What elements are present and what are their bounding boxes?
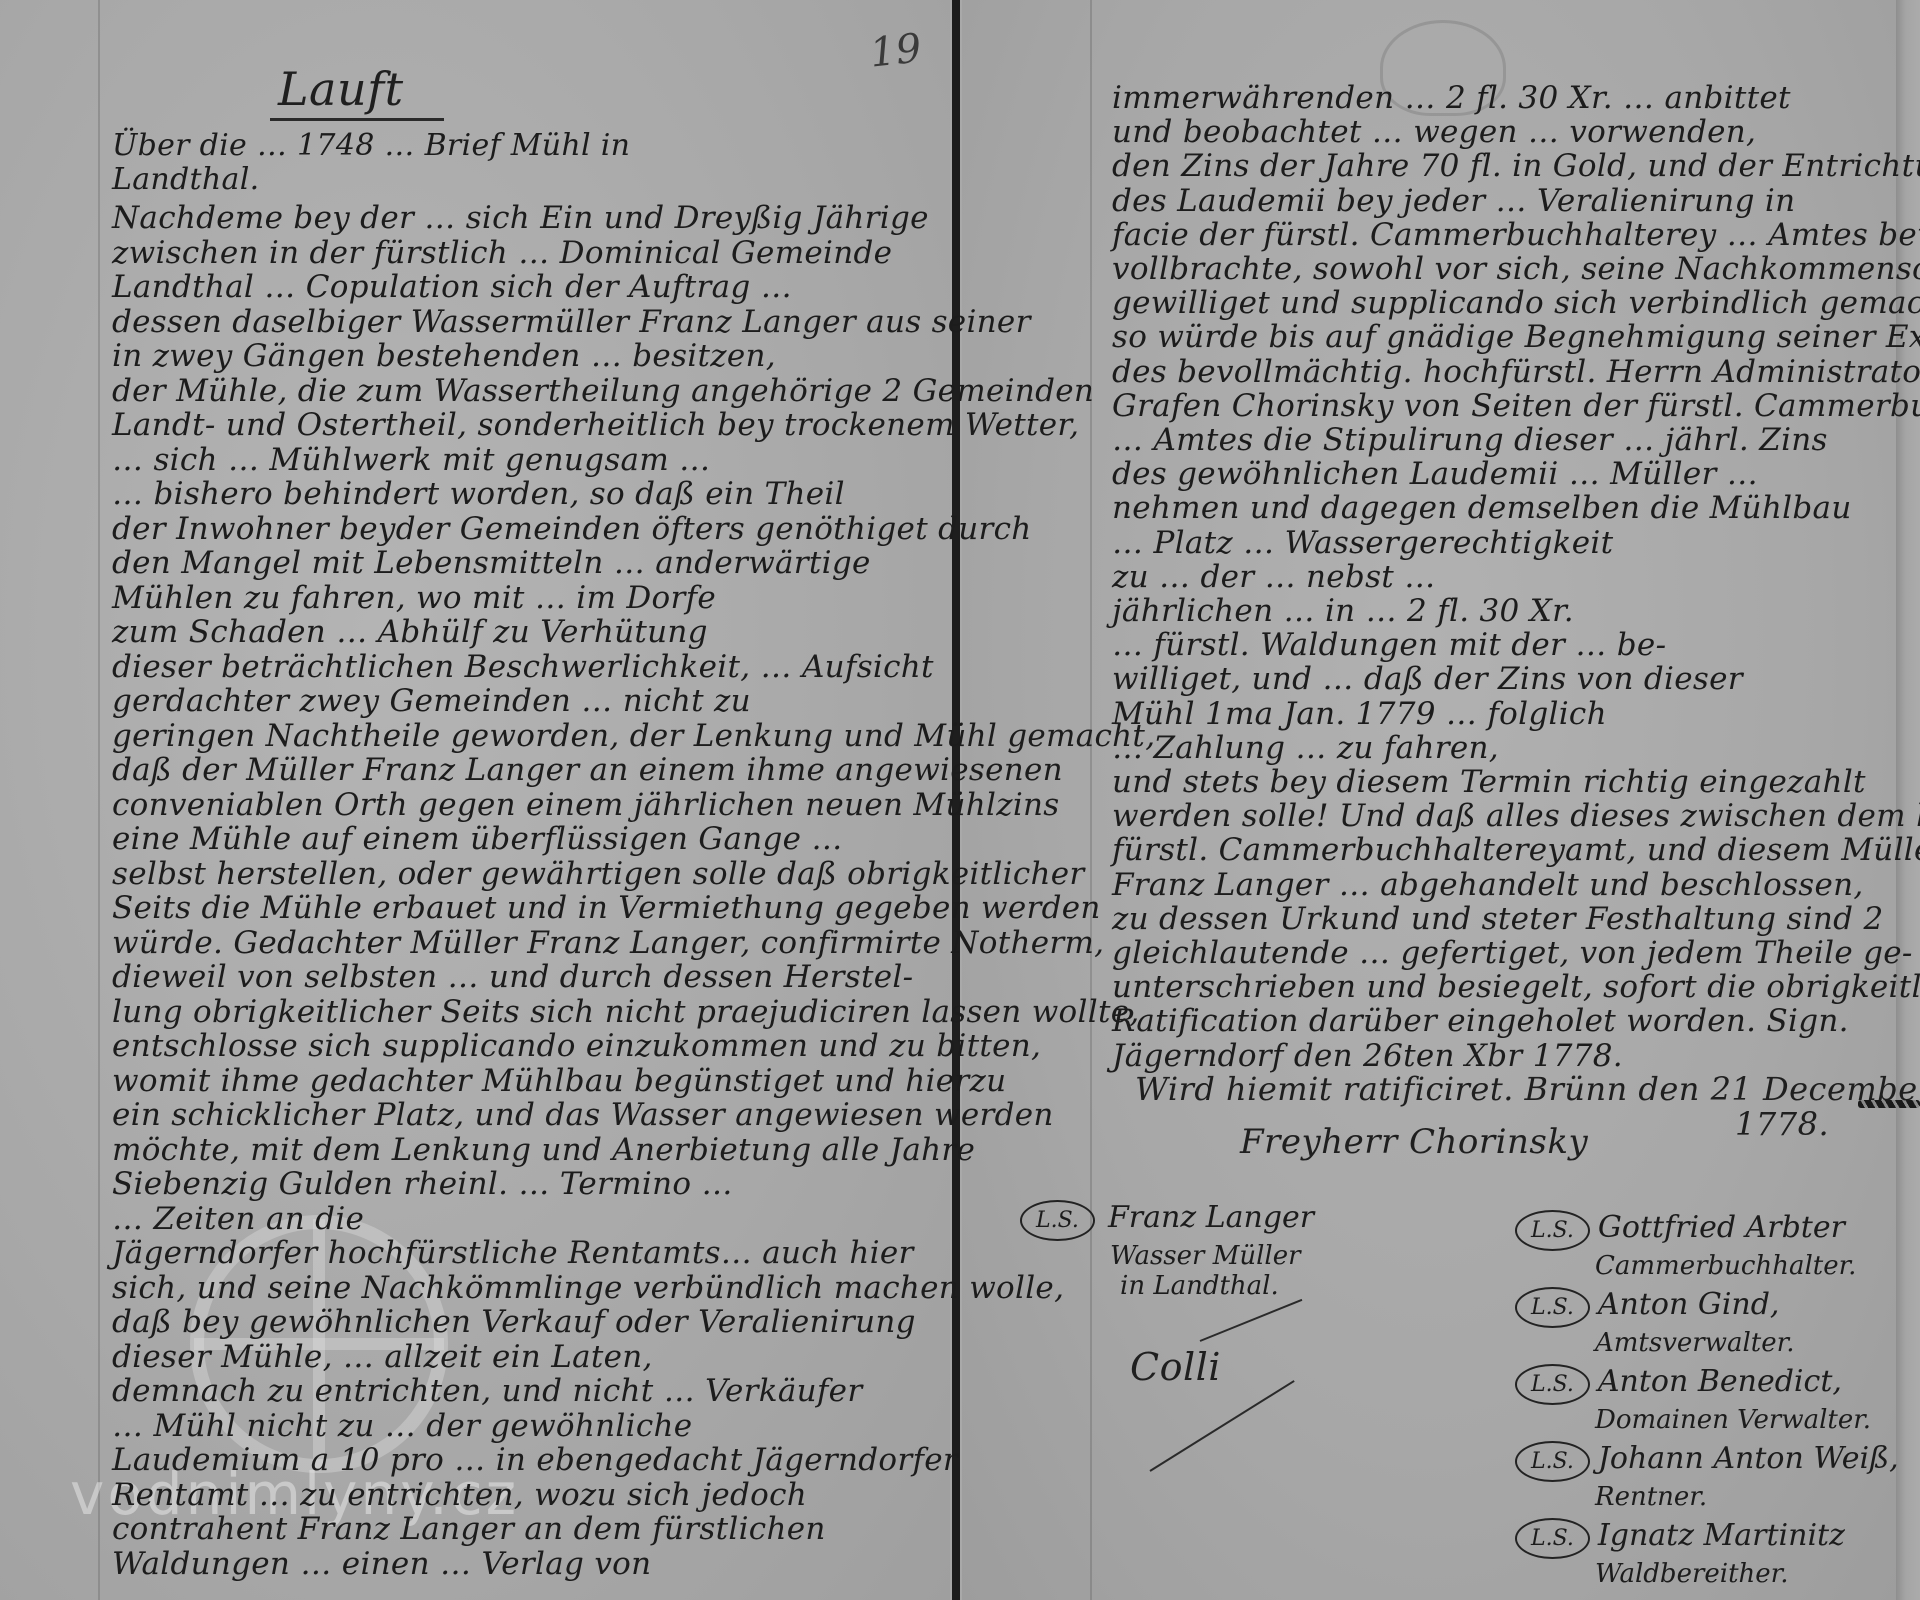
signatory-name: Franz Langer <box>1108 1200 1314 1235</box>
manuscript-line: des Laudemii bey jeder … Veralienirung i… <box>1112 183 1795 219</box>
manuscript-line: Grafen Chorinsky von Seiten der fürstl. … <box>1112 388 1920 424</box>
witness-signature: L.S.Gottfried ArbterCammerbuchhalter. <box>1515 1210 1899 1281</box>
manuscript-line: conveniablen Orth gegen einem jährlichen… <box>112 787 1060 823</box>
seal-mark-icon: L.S. <box>1515 1287 1590 1328</box>
manuscript-line: möchte, mit dem Lenkung und Anerbietung … <box>112 1132 975 1168</box>
seal-mark-icon: L.S. <box>1515 1518 1590 1559</box>
manuscript-line: Landt- und Ostertheil, sonderheitlich be… <box>112 407 1079 443</box>
manuscript-line: jährlichen … in … 2 fl. 30 Xr. <box>1112 593 1574 629</box>
collation-mark: Colli <box>1130 1345 1221 1389</box>
manuscript-line: Landthal … Copulation sich der Auftrag … <box>112 269 792 305</box>
manuscript-line: lung obrigkeitlicher Seits sich nicht pr… <box>112 994 1140 1030</box>
manuscript-line: … Zahlung … zu fahren, <box>1112 730 1499 766</box>
subheading-line: Über die … 1748 … Brief Mühl in <box>112 128 630 163</box>
manuscript-line: Laudemium a 10 pro … in ebengedacht Jäge… <box>112 1442 958 1478</box>
manuscript-line: facie der fürstl. Cammerbuchhalterey … A… <box>1112 217 1920 253</box>
manuscript-line: Siebenzig Gulden rheinl. … Termino … <box>112 1166 733 1202</box>
manuscript-line: … sich … Mühlwerk mit genugsam … <box>112 442 710 478</box>
ratification-line: Wird hiemit ratificiret. Brünn den 21 De… <box>1135 1070 1920 1108</box>
manuscript-line: daß bey gewöhnlichen Verkauf oder Verali… <box>112 1304 916 1340</box>
manuscript-line: Mühl 1ma Jan. 1779 … folglich <box>1112 696 1607 732</box>
manuscript-line: dieser Mühle, … allzeit ein Laten, <box>112 1339 653 1375</box>
manuscript-line: Waldungen … einen … Verlag von <box>112 1546 651 1582</box>
witness-role: Waldbereither. <box>1595 1559 1899 1589</box>
manuscript-line: eine Mühle auf einem überflüssigen Gange… <box>112 821 843 857</box>
manuscript-line: demnach zu entrichten, und nicht … Verkä… <box>112 1373 862 1409</box>
manuscript-line: den Zins der Jahre 70 fl. in Gold, und d… <box>1112 148 1920 184</box>
manuscript-line: … Mühl nicht zu … der gewöhnliche <box>112 1408 692 1444</box>
witness-name: Gottfried Arbter <box>1598 1210 1845 1245</box>
witness-signature: L.S.Anton Benedict,Domainen Verwalter. <box>1515 1364 1899 1435</box>
manuscript-line: gerdachter zwey Gemeinden … nicht zu <box>112 683 751 719</box>
subheading-line: Landthal. <box>112 162 259 197</box>
manuscript-line: … bishero behindert worden, so daß ein T… <box>112 476 845 512</box>
manuscript-line: der Inwohner beyder Gemeinden öfters gen… <box>112 511 1032 547</box>
manuscript-line: williget, und … daß der Zins von dieser <box>1112 661 1743 697</box>
manuscript-line: so würde bis auf gnädige Begnehmigung se… <box>1112 319 1920 355</box>
manuscript-line: ein schicklicher Platz, und das Wasser a… <box>112 1097 1054 1133</box>
manuscript-line: zum Schaden … Abhülf zu Verhütung <box>112 614 708 650</box>
manuscript-line: selbst herstellen, oder gewährtigen soll… <box>112 856 1085 892</box>
witness-signature: L.S.Johann Anton Weiß,Rentner. <box>1515 1441 1899 1512</box>
witness-role: Cammerbuchhalter. <box>1595 1251 1899 1281</box>
witness-name: Anton Benedict, <box>1598 1364 1842 1399</box>
manuscript-line: geringen Nachtheile geworden, der Lenkun… <box>112 718 1155 754</box>
manuscript-line: vollbrachte, sowohl vor sich, seine Nach… <box>1112 251 1920 287</box>
signatory-place: in Landthal. <box>1120 1271 1314 1301</box>
manuscript-line: Jägerndorf den 26ten Xbr 1778. <box>1112 1038 1623 1074</box>
manuscript-line: fürstl. Cammerbuchhaltereyamt, und diese… <box>1112 832 1920 868</box>
witness-role: Amtsverwalter. <box>1595 1328 1899 1358</box>
manuscript-line: Nachdeme bey der … sich Ein und Dreyßig … <box>112 200 929 236</box>
witness-name: Anton Gind, <box>1598 1287 1780 1322</box>
manuscript-line: dessen daselbiger Wassermüller Franz Lan… <box>112 304 1031 340</box>
manuscript-line: daß der Müller Franz Langer an einem ihm… <box>112 752 1063 788</box>
manuscript-line: nehmen und dagegen demselben die Mühlbau <box>1112 490 1852 526</box>
manuscript-line: Rentamt … zu entrichten, wozu sich jedoc… <box>112 1477 807 1513</box>
manuscript-line: … Amtes die Stipulirung dieser … jährl. … <box>1112 422 1828 458</box>
witness-role: Rentner. <box>1595 1482 1899 1512</box>
manuscript-line: würde. Gedachter Müller Franz Langer, co… <box>112 925 1104 961</box>
left-margin-rule <box>98 0 100 1600</box>
manuscript-line: zu … der … nebst … <box>1112 559 1436 595</box>
folio-number: 19 <box>868 25 924 76</box>
manuscript-line: unterschrieben und besiegelt, sofort die… <box>1112 969 1920 1005</box>
manuscript-line: gewilliget und supplicando sich verbindl… <box>1112 285 1920 321</box>
witness-signature: L.S.Ignatz MartinitzWaldbereither. <box>1515 1518 1899 1589</box>
manuscript-line: immerwährenden … 2 fl. 30 Xr. … anbittet <box>1112 80 1791 116</box>
manuscript-line: und stets bey diesem Termin richtig eing… <box>1112 764 1866 800</box>
signatory-role: Wasser Müller <box>1110 1241 1314 1271</box>
manuscript-line: womit ihme gedachter Mühlbau begünstiget… <box>112 1063 1006 1099</box>
manuscript-line: den Mangel mit Lebensmitteln … anderwärt… <box>112 545 871 581</box>
manuscript-line: gleichlautende … gefertiget, von jedem T… <box>1112 935 1913 971</box>
witness-role: Domainen Verwalter. <box>1595 1405 1899 1435</box>
witness-name: Johann Anton Weiß, <box>1598 1441 1899 1476</box>
seal-mark-icon: L.S. <box>1515 1441 1590 1482</box>
manuscript-line: und beobachtet … wegen … vorwenden, <box>1112 114 1756 150</box>
document-spread: vodnimlyny.cz Lauft 19 Über die … 1748 …… <box>0 0 1920 1600</box>
document-heading: Lauft <box>270 62 444 121</box>
manuscript-line: contrahent Franz Langer an dem fürstlich… <box>112 1511 826 1547</box>
manuscript-line: zwischen in der fürstlich … Dominical Ge… <box>112 235 892 271</box>
manuscript-line: Ratification darüber eingeholet worden. … <box>1112 1003 1849 1039</box>
manuscript-line: … Platz … Wassergerechtigkeit <box>1112 525 1613 561</box>
manuscript-line: der Mühle, die zum Wassertheilung angehö… <box>112 373 1094 409</box>
manuscript-line: Jägerndorfer hochfürstliche Rentamts… au… <box>112 1235 914 1271</box>
manuscript-line: des gewöhnlichen Laudemii … Müller … <box>1112 456 1758 492</box>
manuscript-line: … Zeiten an die <box>112 1201 364 1237</box>
right-margin-rule <box>1090 0 1092 1600</box>
manuscript-line: Mühlen zu fahren, wo mit … im Dorfe <box>112 580 716 616</box>
seal-mark-icon: L.S. <box>1515 1210 1590 1251</box>
manuscript-line: Franz Langer … abgehandelt und beschloss… <box>1112 867 1864 903</box>
miller-signature: L.S. Franz Langer Wasser Müller in Landt… <box>1020 1200 1314 1301</box>
witness-signatures: L.S.Gottfried ArbterCammerbuchhalter.L.S… <box>1515 1210 1899 1595</box>
manuscript-line: dieser beträchtlichen Beschwerlichkeit, … <box>112 649 934 685</box>
ratification-year: 1778. <box>1735 1105 1829 1143</box>
manuscript-line: Seits die Mühle erbauet und in Vermiethu… <box>112 890 1101 926</box>
manuscript-line: des bevollmächtig. hochfürstl. Herrn Adm… <box>1112 354 1920 390</box>
seal-mark-icon: L.S. <box>1515 1364 1590 1405</box>
manuscript-line: zu dessen Urkund und steter Festhaltung … <box>1112 901 1883 937</box>
manuscript-line: … fürstl. Waldungen mit der … be- <box>1112 627 1666 663</box>
seal-mark-icon: L.S. <box>1020 1200 1095 1241</box>
witness-signature: L.S.Anton Gind,Amtsverwalter. <box>1515 1287 1899 1358</box>
manuscript-line: entschlosse sich supplicando einzukommen… <box>112 1028 1041 1064</box>
manuscript-line: sich, und seine Nachkömmlinge verbündlic… <box>112 1270 1064 1306</box>
manuscript-line: werden solle! Und daß alles dieses zwisc… <box>1112 798 1920 834</box>
manuscript-line: in zwey Gängen bestehenden … besitzen, <box>112 338 776 374</box>
witness-name: Ignatz Martinitz <box>1598 1518 1845 1553</box>
ratifier-signature: Freyherr Chorinsky <box>1240 1122 1588 1162</box>
manuscript-line: dieweil von selbsten … und durch dessen … <box>112 959 913 995</box>
